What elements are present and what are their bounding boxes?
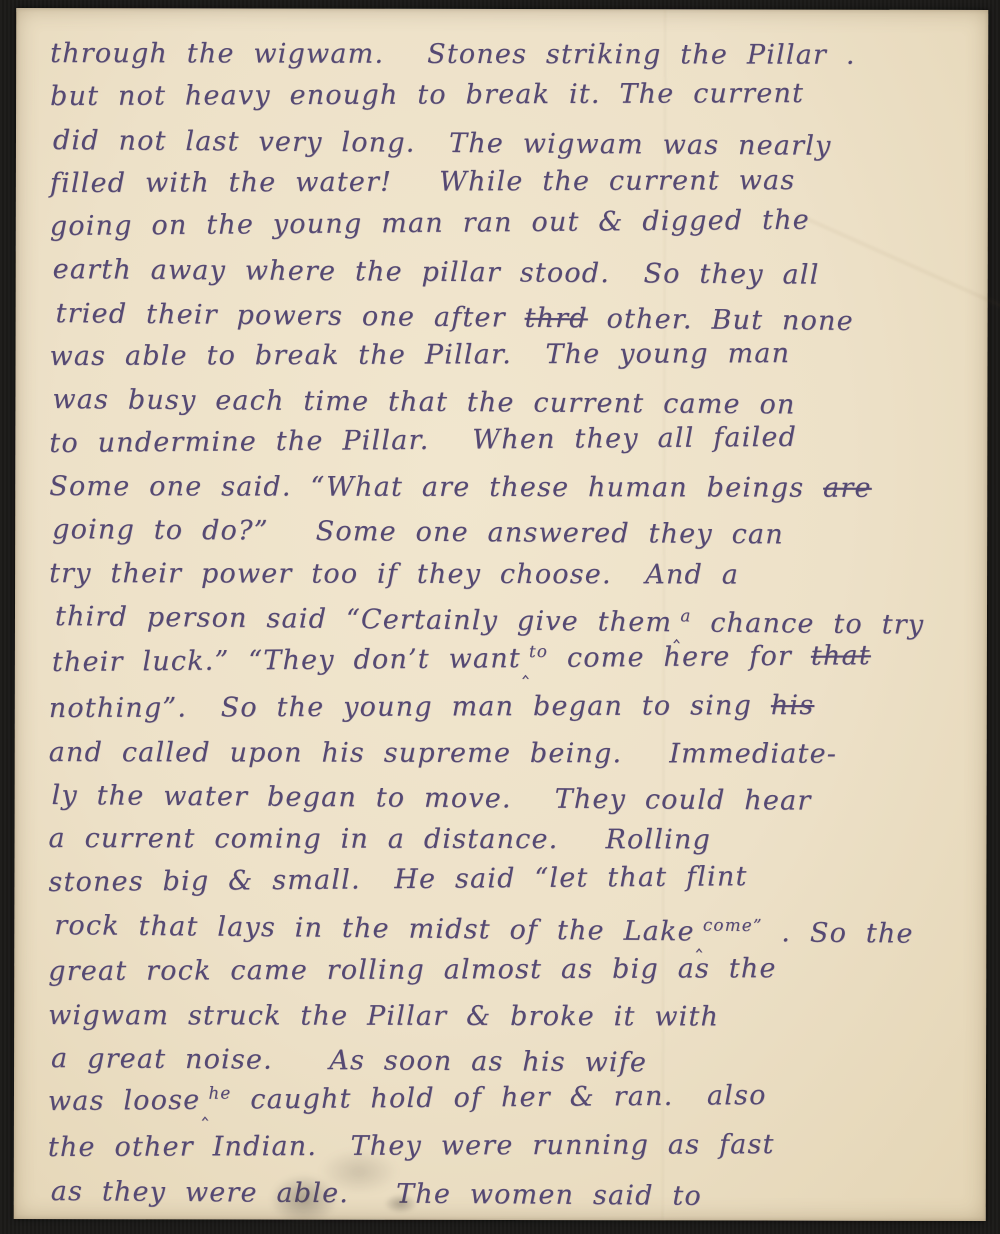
inserted-word: he xyxy=(208,1083,231,1103)
text-run: caught hold of her & ran. also xyxy=(231,1080,766,1115)
inserted-text: ‸come” xyxy=(695,916,763,948)
manuscript-line: their luck.” “They don’t want‸to come he… xyxy=(52,634,961,688)
text-run: ly the water began to move. They could h… xyxy=(52,780,812,817)
inserted-word: come” xyxy=(703,914,763,935)
struck-word: his xyxy=(771,690,815,721)
manuscript-line: earth away where the pillar stood. So th… xyxy=(53,249,962,299)
handwritten-text: through the wigwam. Stones striking the … xyxy=(48,32,962,1215)
text-run: was able to break the Pillar. The young … xyxy=(49,338,790,372)
text-run: as they were able. The women said to xyxy=(51,1176,702,1212)
manuscript-line: great rock came rolling almost as big as… xyxy=(48,947,960,994)
manuscript-line: the other Indian. They were running as f… xyxy=(48,1123,960,1170)
manuscript-line: stones big & small. He said “let that fl… xyxy=(48,853,960,904)
manuscript-line: going on the young man ran out & digged … xyxy=(50,198,962,249)
text-run: try their power too if they choose. And … xyxy=(49,558,739,590)
inserted-text: ‸to xyxy=(521,643,549,674)
text-run: wigwam struck the Pillar & broke it with xyxy=(48,1000,719,1032)
text-run: was loose xyxy=(48,1085,201,1117)
text-run: tried their powers one after xyxy=(55,298,524,334)
text-run: was busy each time that the current came… xyxy=(52,384,795,420)
manuscript-line: was able to break the Pillar. The young … xyxy=(49,331,961,378)
text-run: third person said “Certainly give them xyxy=(55,601,673,638)
manuscript-line: try their power too if they choose. And … xyxy=(49,552,961,597)
text-run: going on the young man ran out & digged … xyxy=(50,205,810,242)
manuscript-line: and called upon his supreme being. Immed… xyxy=(49,731,961,776)
inserted-word: to xyxy=(529,641,548,661)
inserted-text: ‸he xyxy=(200,1085,231,1116)
manuscript-line: nothing”. So the young man began to sing… xyxy=(49,684,961,731)
text-run: great rock came rolling almost as big as… xyxy=(48,953,777,987)
text-run: rock that lays in the midst of the Lake xyxy=(54,910,695,947)
manuscript-line: Some one said. “What are these human bei… xyxy=(49,465,961,510)
manuscript-line: was loose‸he caught hold of her & ran. a… xyxy=(48,1073,960,1127)
manuscript-line: through the wigwam. Stones striking the … xyxy=(50,32,962,77)
struck-word: thrd xyxy=(524,303,588,335)
text-run: but not heavy enough to break it. The cu… xyxy=(50,78,804,112)
photo-background: through the wigwam. Stones striking the … xyxy=(0,0,1000,1234)
inserted-word: a xyxy=(680,605,691,625)
manuscript-page: through the wigwam. Stones striking the … xyxy=(14,8,989,1221)
manuscript-line: wigwam struck the Pillar & broke it with xyxy=(48,994,960,1039)
text-run: nothing”. So the young man began to sing xyxy=(49,691,771,725)
text-run: . So the xyxy=(762,917,913,950)
manuscript-line: as they were able. The women said to xyxy=(51,1170,960,1220)
struck-word: are xyxy=(823,473,872,504)
text-run: their luck.” “They don’t want xyxy=(52,643,521,678)
manuscript-line: but not heavy enough to break it. The cu… xyxy=(50,72,962,119)
text-run: and called upon his supreme being. Immed… xyxy=(49,737,837,770)
text-run: come here for xyxy=(548,641,811,674)
text-run: the other Indian. They were running as f… xyxy=(48,1130,775,1164)
text-run: Some one said. “What are these human bei… xyxy=(49,471,823,504)
text-run: a great noise. As soon as his wife xyxy=(51,1043,647,1078)
text-run: through the wigwam. Stones striking the … xyxy=(50,38,856,71)
text-run: to undermine the Pillar. When they all f… xyxy=(49,421,797,458)
text-run: going to do?” Some one answered they can xyxy=(52,514,784,550)
manuscript-line: going to do?” Some one answered they can xyxy=(52,508,961,558)
text-run: filled with the water! While the current… xyxy=(50,165,796,199)
inserted-text: ‸a xyxy=(672,607,692,638)
text-run: a current coming in a distance. Rolling xyxy=(48,823,711,855)
manuscript-line: to undermine the Pillar. When they all f… xyxy=(49,414,961,465)
struck-word: that xyxy=(811,640,871,672)
text-run: stones big & small. He said “let that fl… xyxy=(48,861,747,898)
text-run: earth away where the pillar stood. So th… xyxy=(53,255,820,292)
text-run: did not last very long. The wigwam was n… xyxy=(53,125,832,162)
manuscript-line: ly the water began to move. They could h… xyxy=(51,774,960,824)
